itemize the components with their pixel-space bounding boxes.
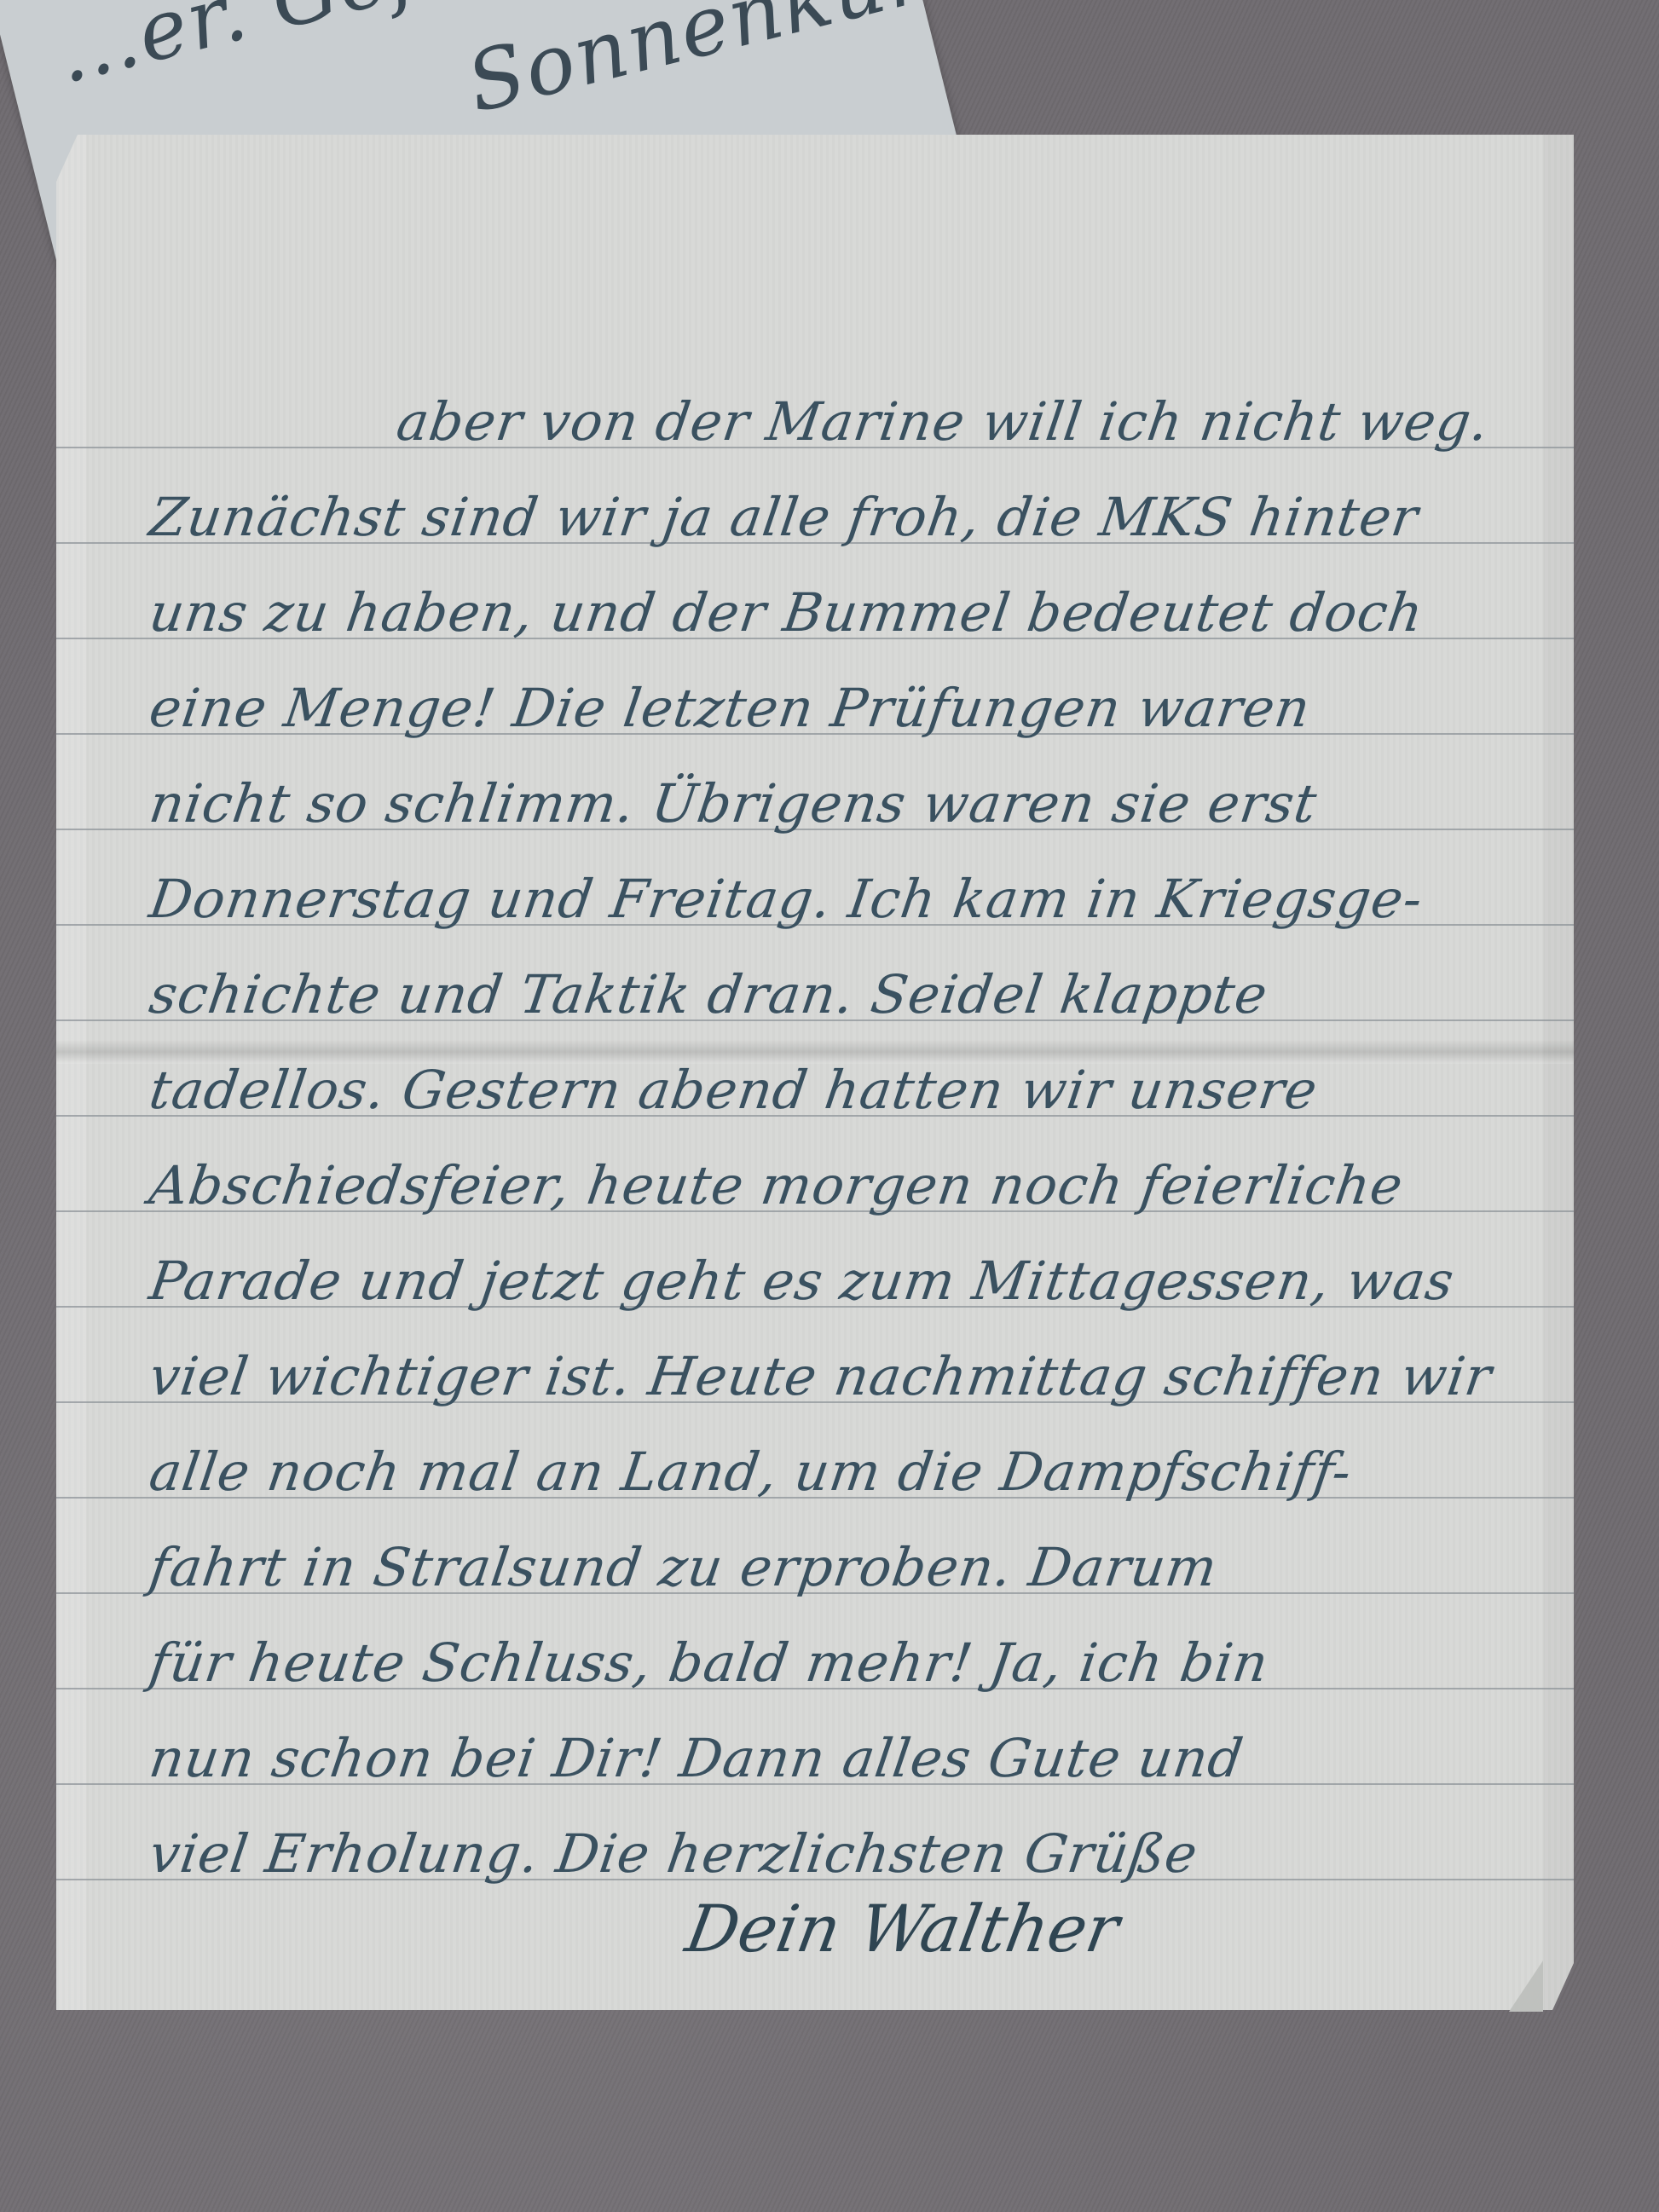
letter-line: Abschiedsfeier, heute morgen noch feierl…: [147, 1159, 1527, 1212]
letter-line: nicht so schlimm. Übrigens waren sie ers…: [147, 777, 1527, 830]
letter-line: nun schon bei Dir! Dann alles Gute und: [147, 1732, 1527, 1785]
letter-line: Zunächst sind wir ja alle froh, die MKS …: [147, 491, 1527, 544]
letter-line: uns zu haben, und der Bummel bedeutet do…: [147, 586, 1527, 639]
letter-line: aber von der Marine will ich nicht weg.: [394, 396, 1527, 448]
letter-line: viel wichtiger ist. Heute nachmittag sch…: [147, 1350, 1527, 1403]
letter-line: fahrt in Stralsund zu erproben. Darum: [147, 1541, 1527, 1594]
letter-line: für heute Schluss, bald mehr! Ja, ich bi…: [147, 1637, 1527, 1689]
letter-line: tadellos. Gestern abend hatten wir unser…: [147, 1064, 1527, 1117]
letter-line: Parade und jetzt geht es zum Mittagessen…: [147, 1255, 1527, 1308]
signature: Dein Walther: [680, 1891, 1124, 1967]
letter-line: alle noch mal an Land, um die Dampfschif…: [147, 1446, 1527, 1499]
letter-line: viel Erholung. Die herzlichsten Grüße: [147, 1828, 1527, 1880]
letter-line: Donnerstag und Freitag. Ich kam in Krieg…: [147, 873, 1527, 926]
back-paper-text: Sonnenkursus: [458, 0, 1073, 131]
dog-ear-corner: [1509, 1961, 1543, 2012]
letter-line: schichte und Taktik dran. Seidel klappte: [147, 968, 1527, 1021]
letter-line: eine Menge! Die letzten Prüfungen waren: [147, 682, 1527, 735]
letter-sheet: aber von der Marine will ich nicht weg. …: [56, 135, 1574, 2010]
